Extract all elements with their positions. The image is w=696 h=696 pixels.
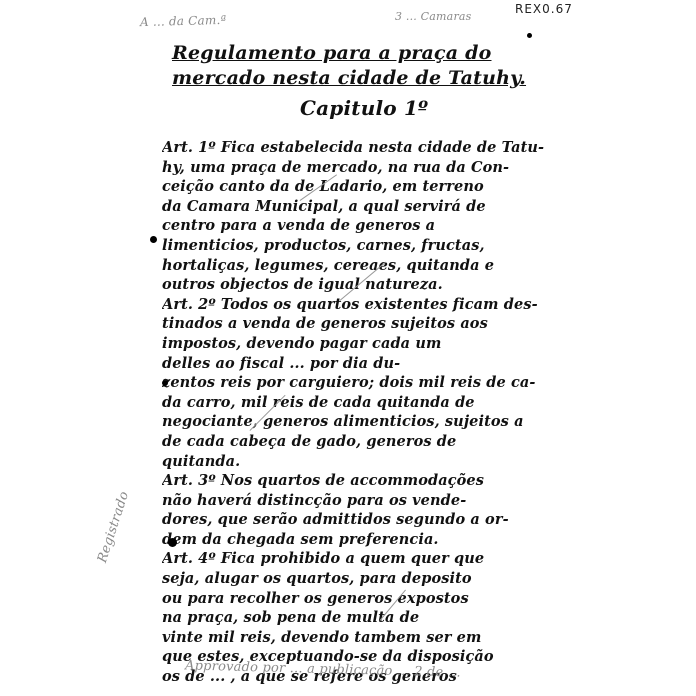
manuscript-line: Art. 1º Fica estabelecida nesta cidade d…: [162, 138, 582, 158]
manuscript-line: da carro, mil reis de cada quitanda de: [162, 393, 582, 413]
chapter-heading: Capitulo 1º: [300, 96, 428, 120]
manuscript-line: Art. 2º Todos os quartos existentes fica…: [162, 295, 582, 315]
manuscript-line: tinados a venda de generos sujeitos aos: [162, 314, 582, 334]
margin-note: Registrado: [95, 490, 132, 565]
manuscript-line: não haverá distincção para os vende-: [162, 491, 582, 511]
manuscript-line: quitanda.: [162, 452, 582, 472]
manuscript-body: Art. 1º Fica estabelecida nesta cidade d…: [162, 138, 582, 687]
manuscript-line: dores, que serão admittidos segundo a or…: [162, 510, 582, 530]
manuscript-line: de cada cabeça de gado, generos de: [162, 432, 582, 452]
manuscript-line: vinte mil reis, devendo tambem ser em: [162, 628, 582, 648]
document-title-line-2: mercado nesta cidade de Tatuhy.: [172, 67, 526, 89]
manuscript-line: dem da chegada sem preferencia.: [162, 530, 582, 550]
manuscript-line: delles ao fiscal ... por dia du-: [162, 354, 582, 374]
ink-blot: [527, 33, 532, 38]
archive-stamp: REX0.67: [515, 2, 573, 16]
manuscript-line: impostos, devendo pagar cada um: [162, 334, 582, 354]
manuscript-line: centro para a venda de generos a: [162, 216, 582, 236]
ink-blot: [162, 380, 168, 386]
manuscript-line: Art. 3º Nos quartos de accommodações: [162, 471, 582, 491]
manuscript-line: na praça, sob pena de multa de: [162, 608, 582, 628]
manuscript-line: outros objectos de igual natureza.: [162, 275, 582, 295]
document-title-line-1: Regulamento para a praça do: [172, 42, 492, 64]
manuscript-line: hy, uma praça de mercado, na rua da Con-: [162, 158, 582, 178]
manuscript-line: seja, alugar os quartos, para deposito: [162, 569, 582, 589]
manuscript-line: limenticios, productos, carnes, fructas,: [162, 236, 582, 256]
manuscript-line: zentos reis por carguiero; dois mil reis…: [162, 373, 582, 393]
header-note-right: 3 ... Camaras: [395, 10, 472, 23]
ink-blot: [168, 538, 177, 547]
ink-blot: [150, 236, 157, 243]
manuscript-line: negociante, generos alimenticios, sujeit…: [162, 412, 582, 432]
manuscript-page: A ... da Cam.ª 3 ... Camaras REX0.67 Reg…: [0, 0, 696, 696]
header-note-left: A ... da Cam.ª: [140, 13, 227, 29]
manuscript-line: da Camara Municipal, a qual servirá de: [162, 197, 582, 217]
manuscript-line: Art. 4º Fica prohibido a quem quer que: [162, 549, 582, 569]
manuscript-line: ceição canto da de Ladario, em terreno: [162, 177, 582, 197]
manuscript-line: ou para recolher os generos expostos: [162, 589, 582, 609]
